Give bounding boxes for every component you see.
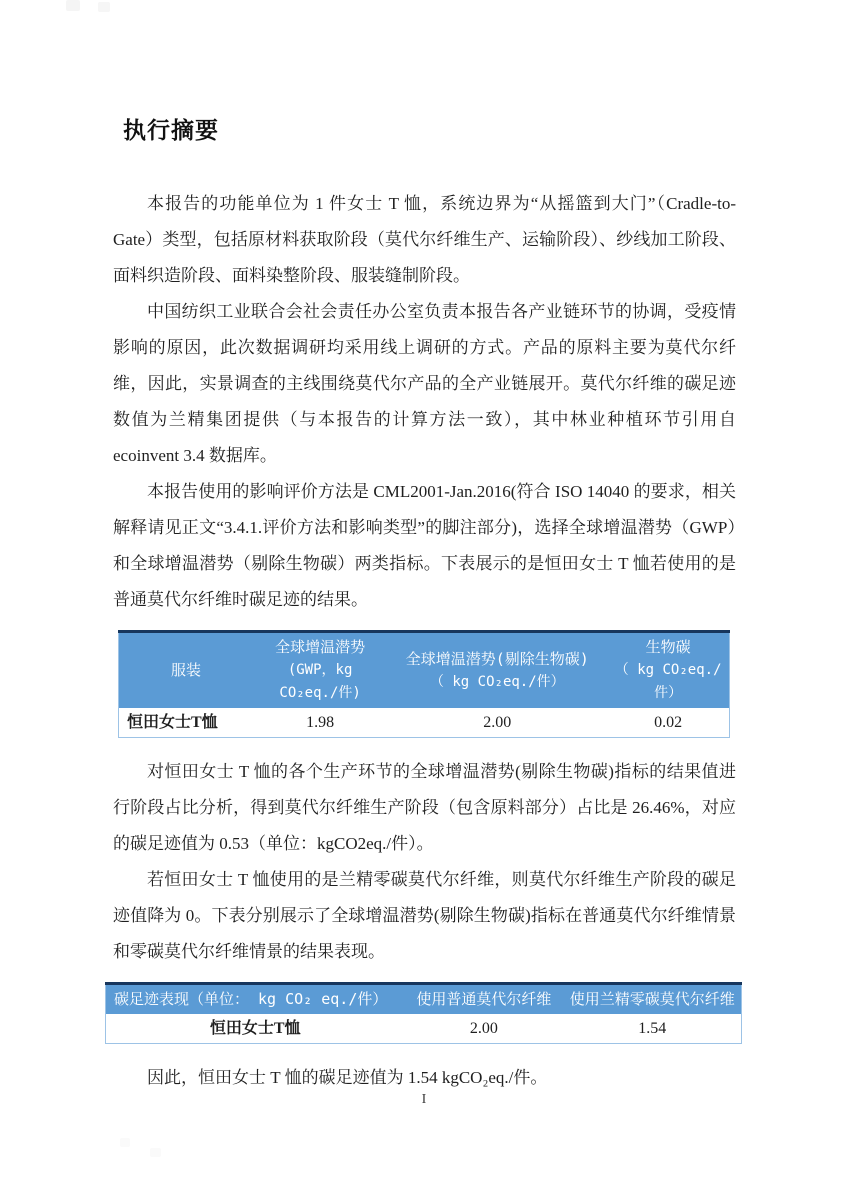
scan-artifact xyxy=(66,0,80,11)
page-footer: I xyxy=(0,1092,848,1108)
header-line1: 全球增温潜势(剔除生物碳) xyxy=(389,648,605,671)
scenario-comparison-table: 碳足迹表现（单位： kg CO₂ eq./件） 使用普通莫代尔纤维 使用兰精零碳… xyxy=(105,982,742,1044)
paragraph-conclusion: 因此，恒田女士 T 恤的碳足迹值为 1.54 kgCO₂eq./件。 xyxy=(113,1060,736,1096)
cell-gwp-value: 1.98 xyxy=(253,708,387,738)
table-row: 恒田女士T恤 2.00 1.54 xyxy=(106,1014,742,1044)
page-title-text: 执行摘要 xyxy=(123,118,219,143)
table-row: 恒田女士T恤 1.98 2.00 0.02 xyxy=(119,708,730,738)
header-line1: 服装 xyxy=(121,659,251,682)
paragraph-coordination: 中国纺织工业联合会社会责任办公室负责本报告各产业链环节的协调，受疫情影响的原因，… xyxy=(113,294,736,474)
cell-zero-carbon-value: 1.54 xyxy=(563,1014,741,1044)
cell-gwp-excl-value: 2.00 xyxy=(387,708,607,738)
header-line2: （ kg CO₂eq./件） xyxy=(609,659,727,705)
carbon-footprint-table: 服装 全球增温潜势 (GWP，kg CO₂eq./件) 全球增温潜势(剔除生物碳… xyxy=(118,630,730,738)
paragraph-zero-carbon: 若恒田女士 T 恤使用的是兰精零碳莫代尔纤维，则莫代尔纤维生产阶段的碳足迹值降为… xyxy=(113,862,736,970)
paragraph-method: 本报告使用的影响评价方法是 CML2001-Jan.2016(符合 ISO 14… xyxy=(113,474,736,618)
header-gwp-excl-biocarbon: 全球增温潜势(剔除生物碳) （ kg CO₂eq./件） xyxy=(387,632,607,709)
scan-artifact xyxy=(98,2,110,12)
cell-biocarbon-value: 0.02 xyxy=(607,708,729,738)
cell-product-name: 恒田女士T恤 xyxy=(106,1014,405,1044)
cell-normal-modal-value: 2.00 xyxy=(404,1014,563,1044)
header-line1: 生物碳 xyxy=(609,636,727,659)
table-header-row: 碳足迹表现（单位： kg CO₂ eq./件） 使用普通莫代尔纤维 使用兰精零碳… xyxy=(106,984,742,1015)
header-normal-modal: 使用普通莫代尔纤维 xyxy=(404,984,563,1015)
header-line1: 全球增温潜势 xyxy=(255,636,385,659)
header-gwp: 全球增温潜势 (GWP，kg CO₂eq./件) xyxy=(253,632,387,709)
table-header-row: 服装 全球增温潜势 (GWP，kg CO₂eq./件) 全球增温潜势(剔除生物碳… xyxy=(119,632,730,709)
page-content: 执行摘要 本报告的功能单位为 1 件女士 T 恤，系统边界为“从摇篮到大门”（C… xyxy=(113,114,736,1096)
scan-artifact xyxy=(150,1148,161,1157)
paragraph-stage-analysis: 对恒田女士 T 恤的各个生产环节的全球增温潜势(剔除生物碳)指标的结果值进行阶段… xyxy=(113,754,736,862)
header-footprint-performance: 碳足迹表现（单位： kg CO₂ eq./件） xyxy=(106,984,405,1015)
header-garment: 服装 xyxy=(119,632,253,709)
header-zero-carbon-modal: 使用兰精零碳莫代尔纤维 xyxy=(563,984,741,1015)
page-number: I xyxy=(422,1092,427,1107)
document-page: 执行摘要 本报告的功能单位为 1 件女士 T 恤，系统边界为“从摇篮到大门”（C… xyxy=(0,0,848,1200)
page-title: 执行摘要 xyxy=(123,114,736,148)
header-biocarbon: 生物碳 （ kg CO₂eq./件） xyxy=(607,632,729,709)
header-line2: （ kg CO₂eq./件） xyxy=(389,671,605,694)
paragraph-functional-unit: 本报告的功能单位为 1 件女士 T 恤，系统边界为“从摇篮到大门”（Cradle… xyxy=(113,186,736,294)
header-line2: (GWP，kg CO₂eq./件) xyxy=(255,659,385,705)
scan-artifact xyxy=(120,1138,130,1147)
cell-product-name: 恒田女士T恤 xyxy=(119,708,253,738)
